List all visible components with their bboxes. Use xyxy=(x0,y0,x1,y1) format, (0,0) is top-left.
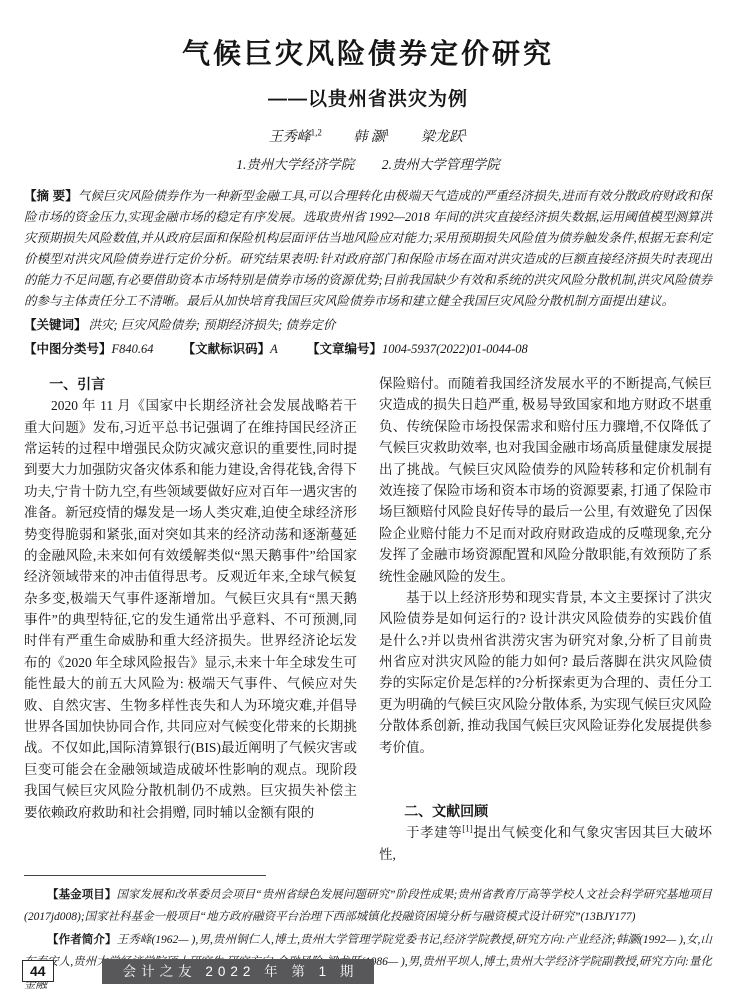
fund-project-note: 【基金项目】国家发展和改革委员会项目“贵州省绿色发展问题研究”阶段性成果;贵州省… xyxy=(24,884,712,929)
page-footer: 44 会计之友 2022 年 第 1 期 xyxy=(22,959,374,985)
section-gap xyxy=(379,758,712,800)
article-id: 【文章编号】1004-5937(2022)01-0044-08 xyxy=(307,342,528,356)
footnote-divider xyxy=(24,875,266,876)
author-affil-sup: 1 xyxy=(463,127,468,137)
abstract-label: 【摘 要】 xyxy=(24,189,78,203)
author-affil-sup: 1,2 xyxy=(311,127,322,137)
author: 王秀峰1,2 xyxy=(269,130,322,145)
literature-review-paragraph: 于孝建等[1]提出气候变化和气象灾害因其巨大破坏性, xyxy=(379,822,712,865)
body-columns: 一、引言 2020 年 11 月《国家中长期经济社会发展战略若干重大问题》发布,… xyxy=(24,373,712,865)
page-number: 44 xyxy=(22,960,54,982)
meta-line: 【中图分类号】F840.64 【文献标识码】A 【文章编号】1004-5937(… xyxy=(24,339,712,357)
affiliation-line: 1.贵州大学经济学院 2.贵州大学管理学院 xyxy=(24,153,712,173)
paper-page: 气候巨灾风险债券定价研究 ——以贵州省洪灾为例 王秀峰1,2 韩 灏1 梁龙跃1… xyxy=(0,0,736,1000)
keywords-text: 洪灾; 巨灾风险债券; 预期经济损失; 债券定价 xyxy=(89,318,336,332)
section-heading-literature-review: 二、文献回顾 xyxy=(379,800,712,822)
author-line: 王秀峰1,2 韩 灏1 梁龙跃1 xyxy=(24,126,712,146)
fund-project-label: 【基金项目】 xyxy=(47,889,116,901)
keywords-line: 【关键词】洪灾; 巨灾风险债券; 预期经济损失; 债券定价 xyxy=(24,315,712,333)
author-bio-label: 【作者简介】 xyxy=(47,934,117,946)
affiliation: 1.贵州大学经济学院 xyxy=(236,157,354,172)
journal-issue-banner: 会计之友 2022 年 第 1 期 xyxy=(102,959,375,985)
author: 梁龙跃1 xyxy=(421,130,468,145)
section-heading-introduction: 一、引言 xyxy=(24,373,357,395)
document-code: 【文献标识码】A xyxy=(183,342,278,356)
research-questions-paragraph: 基于以上经济形势和现实背景, 本文主要探讨了洪灾风险债券是如何运行的? 设计洪灾… xyxy=(379,587,712,758)
abstract: 【摘 要】气候巨灾风险债券作为一种新型金融工具,可以合理转化由极端天气造成的严重… xyxy=(24,186,712,312)
affiliation: 2.贵州大学管理学院 xyxy=(382,157,500,172)
abstract-text: 气候巨灾风险债券作为一种新型金融工具,可以合理转化由极端天气造成的严重经济损失,… xyxy=(24,189,712,308)
author-affil-sup: 1 xyxy=(385,127,390,137)
citation-ref: [1] xyxy=(462,824,473,834)
intro-paragraph-continued: 保险赔付。而随着我国经济发展水平的不断提高,气候巨灾造成的损失日趋严重, 极易导… xyxy=(379,373,712,587)
right-column: 保险赔付。而随着我国经济发展水平的不断提高,气候巨灾造成的损失日趋严重, 极易导… xyxy=(379,373,712,865)
clc-number: 【中图分类号】F840.64 xyxy=(24,342,154,356)
intro-paragraph: 2020 年 11 月《国家中长期经济社会发展战略若干重大问题》发布,习近平总书… xyxy=(24,395,357,823)
paper-title: 气候巨灾风险债券定价研究 xyxy=(24,32,712,72)
keywords-label: 【关键词】 xyxy=(24,318,87,332)
left-column: 一、引言 2020 年 11 月《国家中长期经济社会发展战略若干重大问题》发布,… xyxy=(24,373,357,865)
author: 韩 灏1 xyxy=(353,130,389,145)
paper-subtitle: ——以贵州省洪灾为例 xyxy=(24,84,712,111)
